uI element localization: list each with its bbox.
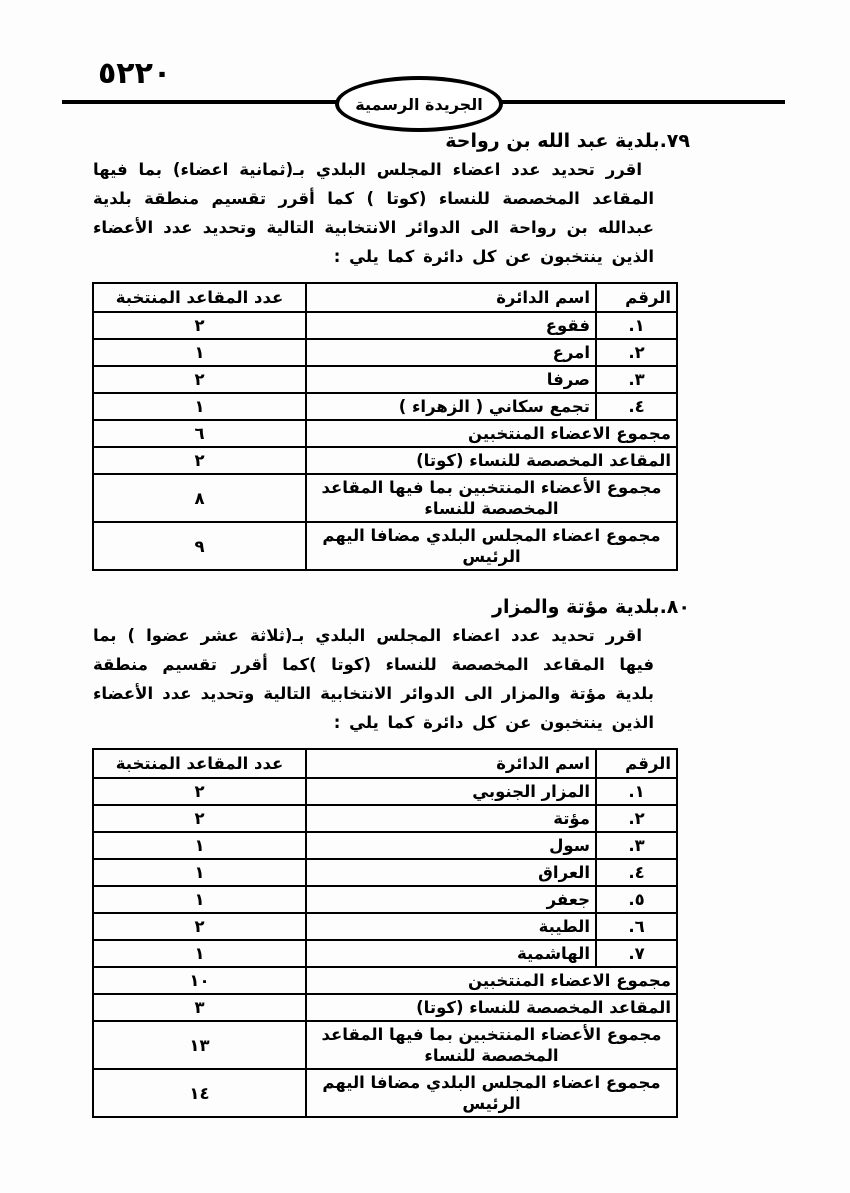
section-paragraph: اقرر تحديد عدد اعضاء المجلس البلدي بـ(ثم…	[93, 155, 654, 271]
cell-district-name: العراق	[306, 859, 596, 886]
summary-row: مجموع اعضاء المجلس البلدي مضافا اليهم ال…	[93, 1069, 677, 1117]
section-heading: ٨٠.بلدية مؤتة والمزار	[93, 593, 690, 621]
districts-table: الرقم اسم الدائرة عدد المقاعد المنتخبة ١…	[92, 282, 678, 571]
summary-value: ٩	[93, 522, 306, 570]
cell-district-name: الطيبة	[306, 913, 596, 940]
table-row: ٣. سول ١	[93, 832, 677, 859]
table-row: ٣. صرفا ٢	[93, 366, 677, 393]
cell-district-name: الهاشمية	[306, 940, 596, 967]
table-row: ٧. الهاشمية ١	[93, 940, 677, 967]
summary-label: مجموع اعضاء المجلس البلدي مضافا اليهم ال…	[306, 522, 677, 570]
col-header-district: اسم الدائرة	[306, 283, 596, 312]
table-header-row: الرقم اسم الدائرة عدد المقاعد المنتخبة	[93, 749, 677, 778]
summary-value: ٢	[93, 447, 306, 474]
cell-number: ٢.	[596, 339, 677, 366]
cell-seats: ٢	[93, 778, 306, 805]
col-header-number: الرقم	[596, 749, 677, 778]
cell-seats: ١	[93, 859, 306, 886]
cell-number: ١.	[596, 312, 677, 339]
cell-number: ١.	[596, 778, 677, 805]
cell-district-name: سول	[306, 832, 596, 859]
cell-district-name: امرع	[306, 339, 596, 366]
summary-label: المقاعد المخصصة للنساء (كوتا)	[306, 994, 677, 1021]
col-header-number: الرقم	[596, 283, 677, 312]
table-row: ٦. الطيبة ٢	[93, 913, 677, 940]
table-row: ٢. امرع ١	[93, 339, 677, 366]
cell-number: ٤.	[596, 393, 677, 420]
summary-label: مجموع الاعضاء المنتخبين	[306, 967, 677, 994]
summary-row: مجموع الاعضاء المنتخبين ١٠	[93, 967, 677, 994]
section-heading: ٧٩.بلدية عبد الله بن رواحة	[93, 127, 690, 155]
table-row: ٥. جعفر ١	[93, 886, 677, 913]
summary-row: مجموع الأعضاء المنتخبين بما فيها المقاعد…	[93, 474, 677, 522]
cell-seats: ٢	[93, 913, 306, 940]
col-header-district: اسم الدائرة	[306, 749, 596, 778]
summary-label: مجموع الاعضاء المنتخبين	[306, 420, 677, 447]
summary-value: ١٣	[93, 1021, 306, 1069]
table-row: ٤. العراق ١	[93, 859, 677, 886]
summary-row: المقاعد المخصصة للنساء (كوتا) ٣	[93, 994, 677, 1021]
summary-row: مجموع الأعضاء المنتخبين بما فيها المقاعد…	[93, 1021, 677, 1069]
cell-number: ٣.	[596, 832, 677, 859]
cell-district-name: مؤتة	[306, 805, 596, 832]
page-content: ٧٩.بلدية عبد الله بن رواحة اقرر تحديد عد…	[93, 127, 690, 1118]
cell-number: ٧.	[596, 940, 677, 967]
page-number: ٥٢٢٠	[98, 56, 171, 91]
summary-value: ١٠	[93, 967, 306, 994]
cell-seats: ٢	[93, 366, 306, 393]
table-row: ١. المزار الجنوبي ٢	[93, 778, 677, 805]
cell-number: ٤.	[596, 859, 677, 886]
cell-number: ٢.	[596, 805, 677, 832]
summary-label: مجموع الأعضاء المنتخبين بما فيها المقاعد…	[306, 474, 677, 522]
cell-district-name: فقوع	[306, 312, 596, 339]
cell-seats: ٢	[93, 312, 306, 339]
table-row: ٢. مؤتة ٢	[93, 805, 677, 832]
cell-number: ٣.	[596, 366, 677, 393]
cell-number: ٦.	[596, 913, 677, 940]
summary-row: مجموع الاعضاء المنتخبين ٦	[93, 420, 677, 447]
table-header-row: الرقم اسم الدائرة عدد المقاعد المنتخبة	[93, 283, 677, 312]
gazette-page: ٥٢٢٠ الجريدة الرسمية ٧٩.بلدية عبد الله ب…	[0, 0, 850, 1193]
section-paragraph: اقرر تحديد عدد اعضاء المجلس البلدي بـ(ثل…	[93, 621, 654, 737]
districts-table: الرقم اسم الدائرة عدد المقاعد المنتخبة ١…	[92, 748, 678, 1118]
summary-row: مجموع اعضاء المجلس البلدي مضافا اليهم ال…	[93, 522, 677, 570]
cell-district-name: صرفا	[306, 366, 596, 393]
cell-seats: ٢	[93, 805, 306, 832]
cell-seats: ١	[93, 940, 306, 967]
summary-label: مجموع اعضاء المجلس البلدي مضافا اليهم ال…	[306, 1069, 677, 1117]
table-row: ١. فقوع ٢	[93, 312, 677, 339]
summary-value: ٦	[93, 420, 306, 447]
section-80: ٨٠.بلدية مؤتة والمزار اقرر تحديد عدد اعض…	[93, 593, 690, 1118]
col-header-seats: عدد المقاعد المنتخبة	[93, 283, 306, 312]
cell-seats: ١	[93, 339, 306, 366]
summary-value: ٣	[93, 994, 306, 1021]
summary-value: ١٤	[93, 1069, 306, 1117]
cell-seats: ١	[93, 886, 306, 913]
gazette-oval-badge: الجريدة الرسمية	[335, 76, 503, 132]
table-row: ٤. تجمع سكاني ( الزهراء ) ١	[93, 393, 677, 420]
summary-value: ٨	[93, 474, 306, 522]
cell-number: ٥.	[596, 886, 677, 913]
cell-district-name: المزار الجنوبي	[306, 778, 596, 805]
cell-seats: ١	[93, 832, 306, 859]
summary-label: مجموع الأعضاء المنتخبين بما فيها المقاعد…	[306, 1021, 677, 1069]
section-79: ٧٩.بلدية عبد الله بن رواحة اقرر تحديد عد…	[93, 127, 690, 571]
cell-district-name: جعفر	[306, 886, 596, 913]
col-header-seats: عدد المقاعد المنتخبة	[93, 749, 306, 778]
summary-label: المقاعد المخصصة للنساء (كوتا)	[306, 447, 677, 474]
cell-district-name: تجمع سكاني ( الزهراء )	[306, 393, 596, 420]
cell-seats: ١	[93, 393, 306, 420]
gazette-title: الجريدة الرسمية	[355, 95, 482, 113]
summary-row: المقاعد المخصصة للنساء (كوتا) ٢	[93, 447, 677, 474]
